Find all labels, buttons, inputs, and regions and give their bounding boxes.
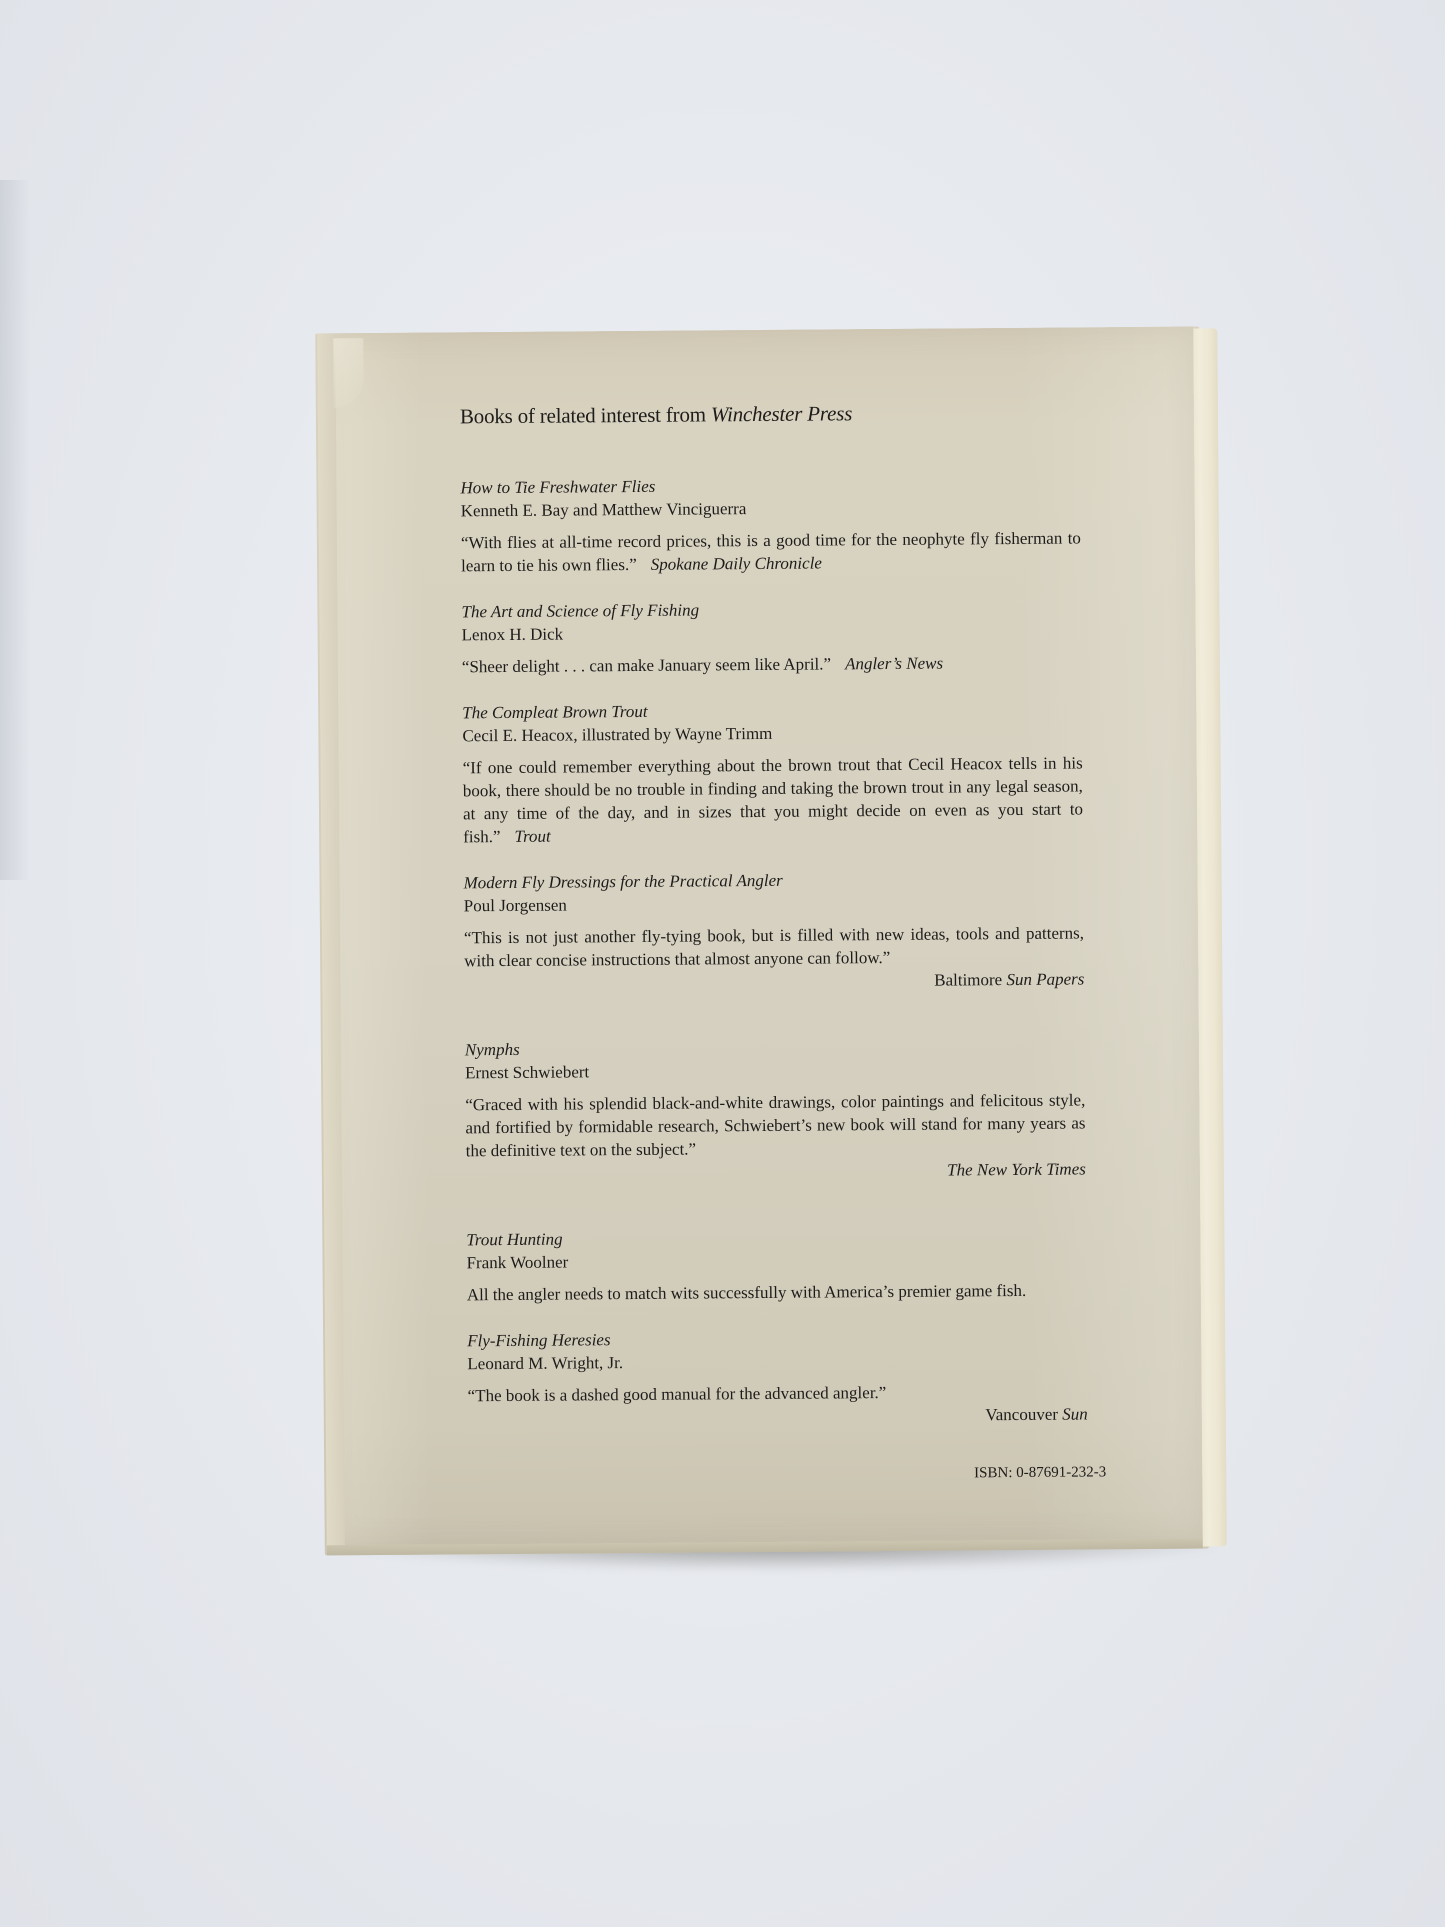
book-author: Lenox H. Dick: [462, 618, 1082, 647]
book-entry: Modern Fly Dressings for the Practical A…: [463, 867, 1084, 995]
cover-text: Books of related interest from Wincheste…: [460, 399, 1088, 1454]
review-source: The New York Times: [466, 1157, 1086, 1185]
book-entry: How to Tie Freshwater Flies Kenneth E. B…: [460, 472, 1081, 577]
source-prefix: Baltimore: [934, 970, 1006, 990]
review-source: Spokane Daily Chronicle: [651, 554, 822, 574]
review-source: Angler’s News: [845, 654, 943, 674]
book-entry: The Art and Science of Fly Fishing Lenox…: [461, 596, 1082, 678]
book-review-quote: “If one could remember everything about …: [463, 751, 1084, 848]
book-entry: Trout Hunting Frank Woolner All the angl…: [466, 1224, 1087, 1306]
book-entry: Fly-Fishing Heresies Leonard M. Wright, …: [467, 1325, 1088, 1430]
review-source: Baltimore Sun Papers: [464, 967, 1084, 995]
background-shadow: [0, 180, 30, 880]
review-source: Trout: [514, 827, 550, 846]
heading-prefix: Books of related interest from: [460, 402, 711, 428]
cover-heading: Books of related interest from Wincheste…: [460, 399, 1080, 429]
book-entry: The Compleat Brown Trout Cecil E. Heacox…: [462, 697, 1083, 848]
book-entry: Nymphs Ernest Schwiebert “Graced with hi…: [465, 1034, 1086, 1185]
jacket-fold: [317, 333, 345, 1545]
book-author: Poul Jorgensen: [464, 889, 1084, 918]
book-author: Frank Woolner: [466, 1246, 1086, 1275]
book-author: Leonard M. Wright, Jr.: [467, 1347, 1087, 1376]
book-review-quote: “With flies at all-time record prices, t…: [461, 526, 1081, 577]
quote-text: “If one could remember everything about …: [463, 753, 1083, 846]
source-prefix: Vancouver: [985, 1405, 1062, 1425]
book-author: Cecil E. Heacox, illustrated by Wayne Tr…: [462, 719, 1082, 748]
source-name: The New York Times: [947, 1159, 1086, 1179]
review-source: Vancouver Sun: [468, 1402, 1088, 1430]
source-name: Sun: [1062, 1404, 1088, 1423]
book-back-cover: Books of related interest from Wincheste…: [317, 327, 1202, 1546]
publisher-name: Winchester Press: [711, 401, 852, 426]
jacket-crease: [333, 338, 364, 408]
source-name: Sun Papers: [1006, 969, 1084, 989]
book-author: Kenneth E. Bay and Matthew Vinciguerra: [461, 494, 1081, 523]
book-description: All the angler needs to match wits succe…: [467, 1278, 1087, 1306]
book-review-quote: “Graced with his splendid black-and-whit…: [465, 1088, 1086, 1162]
isbn-number: ISBN: 0-87691-232-3: [974, 1464, 1106, 1482]
dust-jacket: Books of related interest from Wincheste…: [317, 327, 1202, 1546]
book-author: Ernest Schwiebert: [465, 1056, 1085, 1085]
quote-text: “Sheer delight . . . can make January se…: [462, 654, 831, 676]
book-review-quote: “This is not just another fly-tying book…: [464, 921, 1084, 972]
book-review-quote: “Sheer delight . . . can make January se…: [462, 650, 1082, 678]
